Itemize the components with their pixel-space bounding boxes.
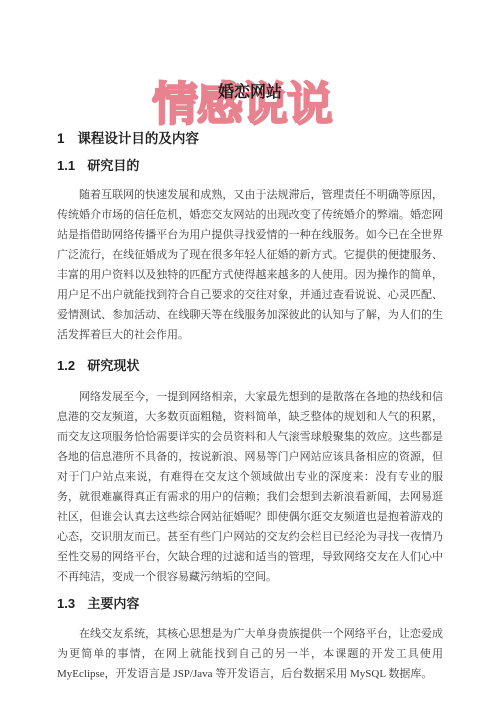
- document-title: 婚恋网站: [57, 84, 443, 102]
- section-number-1-2: 1.2: [57, 358, 75, 373]
- chapter-title: 课程设计目的及内容: [77, 131, 199, 146]
- section-number-1-3: 1.3: [57, 596, 75, 611]
- section-number-1-1: 1.1: [57, 158, 75, 173]
- paragraph-research-purpose: 随着互联网的快速发展和成熟，又由于法规滞后，管理责任不明确等原因，传统婚介市场的…: [57, 185, 443, 345]
- section-title-1-2: 研究现状: [87, 358, 139, 373]
- section-heading-1-1: 1.1研究目的: [57, 158, 443, 174]
- chapter-number: 1: [57, 131, 65, 146]
- section-title-1-3: 主要内容: [87, 596, 139, 611]
- section-heading-1-3: 1.3主要内容: [57, 596, 443, 612]
- section-title-1-1: 研究目的: [87, 158, 139, 173]
- section-heading-1-2: 1.2研究现状: [57, 358, 443, 374]
- paragraph-research-status: 网络发展至今，一提到网络相亲，大家最先想到的是散落在各地的热线和信息港的交友频道…: [57, 387, 443, 587]
- chapter-heading: 1课程设计目的及内容: [57, 131, 443, 147]
- section-main-content: 1.3主要内容 在线交友系统，其核心思想是为广大单身贵族提供一个网络平台，让恋爱…: [57, 596, 443, 684]
- section-research-status: 1.2研究现状 网络发展至今，一提到网络相亲，大家最先想到的是散落在各地的热线和…: [57, 358, 443, 587]
- paragraph-main-content: 在线交友系统，其核心思想是为广大单身贵族提供一个网络平台，让恋爱成为更简单的事情…: [57, 624, 443, 684]
- document-page: 情感说说 婚恋网站 1课程设计目的及内容 1.1研究目的 随着互联网的快速发展和…: [0, 0, 500, 708]
- section-research-purpose: 1.1研究目的 随着互联网的快速发展和成熟，又由于法规滞后，管理责任不明确等原因…: [57, 158, 443, 345]
